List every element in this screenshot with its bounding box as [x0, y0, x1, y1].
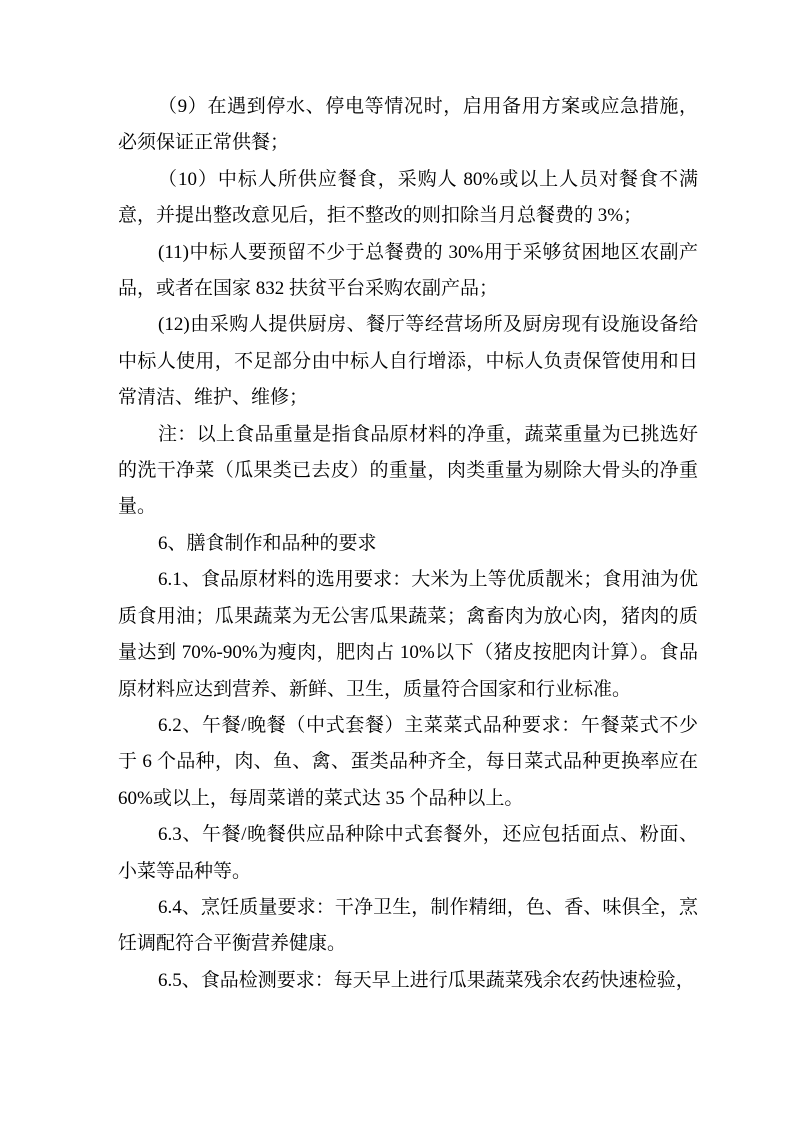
paragraph-item-9: （9）在遇到停水、停电等情况时，启用备用方案或应急措施，必须保证正常供餐； [118, 89, 698, 162]
heading-section-6: 6、膳食制作和品种的要求 [118, 526, 698, 562]
paragraph-6-1: 6.1、食品原材料的选用要求：大米为上等优质靓米；食用油为优质食用油；瓜果蔬菜为… [118, 562, 698, 708]
paragraph-item-11: (11)中标人要预留不少于总餐费的 30%用于采够贫困地区农副产品，或者在国家 … [118, 235, 698, 308]
paragraph-6-5: 6.5、食品检测要求：每天早上进行瓜果蔬菜残余农药快速检验， [118, 963, 698, 999]
document-page: （9）在遇到停水、停电等情况时，启用备用方案或应急措施，必须保证正常供餐； （1… [0, 0, 793, 1122]
paragraph-6-2: 6.2、午餐/晚餐（中式套餐）主菜菜式品种要求：午餐菜式不少于 6 个品种，肉、… [118, 708, 698, 817]
paragraph-item-12: (12)由采购人提供厨房、餐厅等经营场所及厨房现有设施设备给中标人使用，不足部分… [118, 307, 698, 416]
paragraph-6-3: 6.3、午餐/晚餐供应品种除中式套餐外，还应包括面点、粉面、小菜等品种等。 [118, 817, 698, 890]
paragraph-6-4: 6.4、烹饪质量要求：干净卫生，制作精细，色、香、味俱全，烹饪调配符合平衡营养健… [118, 890, 698, 963]
paragraph-item-10: （10）中标人所供应餐食，采购人 80%或以上人员对餐食不满意，并提出整改意见后… [118, 162, 698, 235]
document-text-block: （9）在遇到停水、停电等情况时，启用备用方案或应急措施，必须保证正常供餐； （1… [118, 89, 698, 999]
paragraph-note: 注：以上食品重量是指食品原材料的净重，蔬菜重量为已挑选好的洗干净菜（瓜果类已去皮… [118, 417, 698, 526]
